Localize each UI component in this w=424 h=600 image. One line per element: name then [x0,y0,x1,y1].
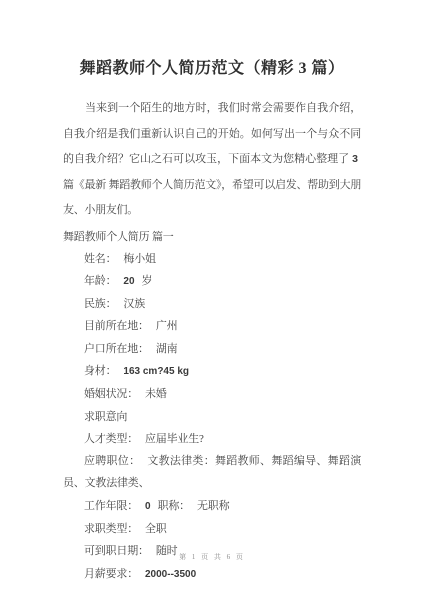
field-label: 婚姻状况： [84,388,138,400]
field-row: 民族：汉族 [63,293,361,315]
field-label: 求职类型： [84,523,138,535]
field-row: 户口所在地：湖南 [63,338,361,360]
field-num: 20 [123,276,134,287]
field-label: 目前所在地： [84,320,149,332]
field-value: 无职称 [197,500,229,512]
field-row: 月薪要求：2000--3500 [63,563,361,586]
field-row: 姓名：梅小姐 [63,248,361,270]
field-label: 职称： [158,500,190,512]
intro-num: 3 [352,153,358,165]
field-row: 工作年限：0职称：无职称 [63,495,361,518]
field-label: 民族： [84,298,116,310]
field-num: 0 [145,501,151,512]
section-heading: 舞蹈教师个人简历 篇一 [63,226,361,248]
field-label: 姓名： [84,253,116,265]
field-row: 应聘职位：文教法律类：舞蹈教师、舞蹈编导、舞蹈演员、文教法律类、 [63,450,361,495]
field-label: 年龄： [84,275,116,287]
field-value: 全职 [145,523,167,535]
field-row: 年龄：20岁 [63,270,361,293]
field-row: 身材：163 cm?45 kg [63,360,361,383]
field-value: 未婚 [145,388,167,400]
intro-text: 当来到一个陌生的地方时，我们时常会需要作自我介绍，自我介绍是我们重新认识自己的开… [63,102,361,165]
field-row: 婚姻状况：未婚 [63,383,361,405]
field-row: 目前所在地：广州 [63,315,361,337]
field-label: 求职意向 [84,411,127,423]
intro-paragraph: 当来到一个陌生的地方时，我们时常会需要作自我介绍，自我介绍是我们重新认识自己的开… [63,96,361,224]
page-number: 第 1 页 共 6 页 [0,552,424,562]
resume-fields: 姓名：梅小姐年龄：20岁民族：汉族目前所在地：广州户口所在地：湖南身材：163 … [63,248,361,586]
field-label: 户口所在地： [84,343,149,355]
field-value: 岁 [142,275,153,287]
field-label: 月薪要求： [84,568,138,580]
document-title: 舞蹈教师个人简历范文（精彩 3 篇） [63,56,361,82]
field-value: 湖南 [156,343,178,355]
field-value: 梅小姐 [123,253,155,265]
field-label: 身材： [84,365,116,377]
field-label: 应聘职位： [84,455,140,467]
field-row: 求职类型：全职 [63,518,361,540]
field-value: 应届毕业生? [145,433,204,445]
field-label: 工作年限： [84,500,138,512]
field-value: 广州 [156,320,178,332]
document-page: 舞蹈教师个人简历范文（精彩 3 篇） 当来到一个陌生的地方时，我们时常会需要作自… [0,0,424,600]
field-row: 人才类型：应届毕业生? [63,428,361,450]
intro-text: 篇《最新 舞蹈教师个人简历范文》，希望可以启发、帮助到大朋友、小朋友们。 [63,179,361,217]
field-value: 汉族 [123,298,145,310]
field-label: 人才类型： [84,433,138,445]
field-num: 163 cm?45 kg [123,366,189,377]
field-row: 求职意向 [63,406,361,428]
field-num: 2000--3500 [145,569,196,580]
